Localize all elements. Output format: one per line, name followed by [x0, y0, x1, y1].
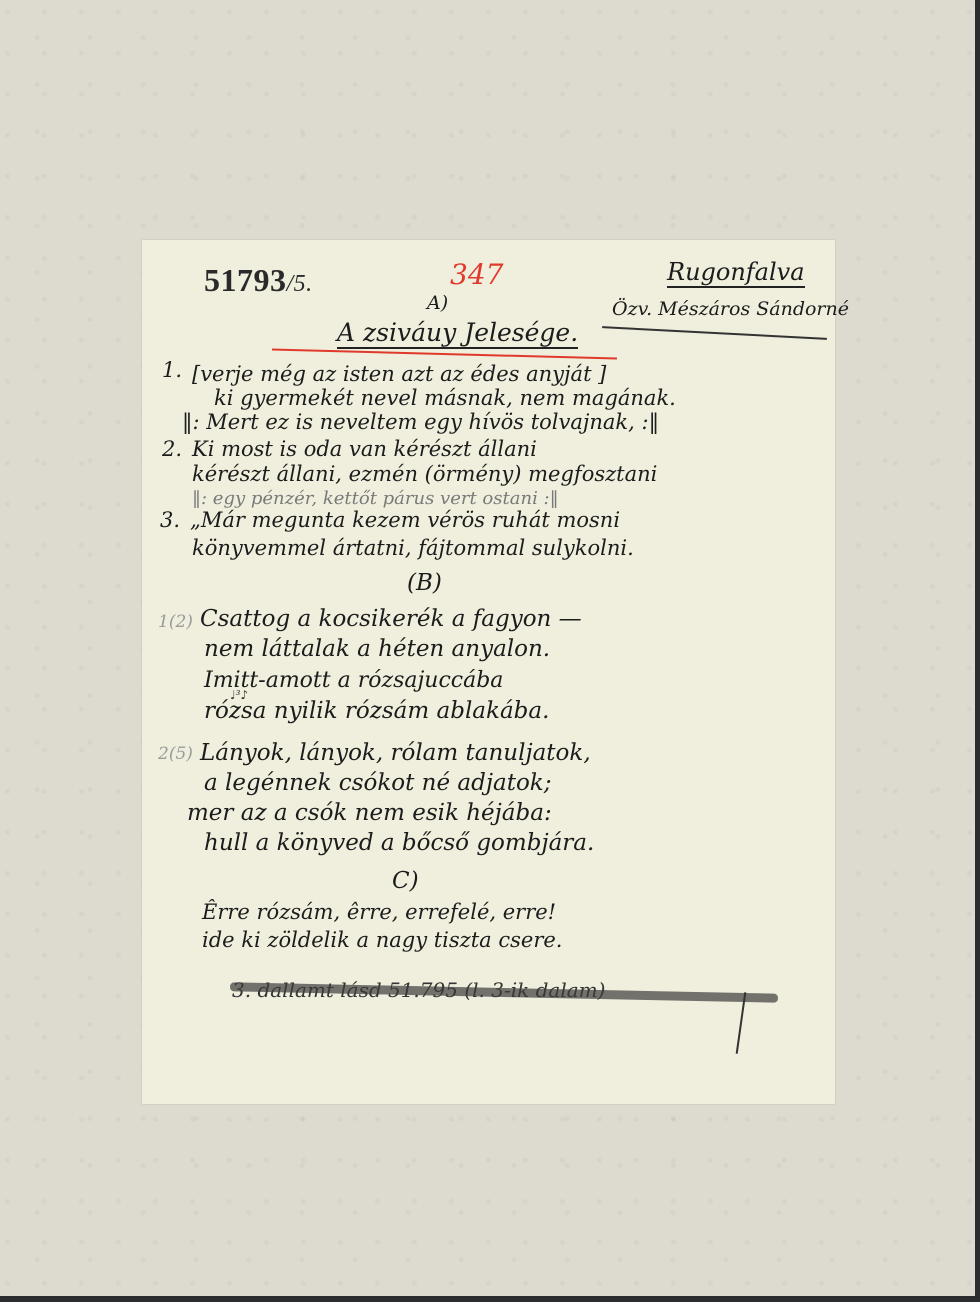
stanza-line: a legénnek csókot né adjatok; [204, 770, 551, 796]
place-name: Rugonfalva [667, 258, 805, 286]
stanza-line: Ki most is oda van kérészt állani [192, 437, 537, 461]
manuscript-sheet: 51793/5. 347 Rugonfalva Özv. Mészáros Sá… [142, 240, 835, 1104]
catalog-suffix: /5. [287, 271, 313, 297]
song-title: A zsiváuy Jelesége. [337, 318, 578, 347]
stanza-line: Lányok, lányok, rólam tanuljatok, [200, 740, 591, 766]
stanza-number: 1(2) [158, 612, 193, 632]
stanza-line: könyvemmel ártatni, fájtommal sulykolni. [192, 536, 634, 560]
stanza-line: ide ki zöldelik a nagy tiszta csere. [202, 928, 562, 952]
section-a-label: A) [427, 292, 448, 314]
pencil-note: ‖: egy pénzér, kettőt párus vert ostani … [192, 488, 559, 509]
stanza-number: 1. [162, 358, 182, 382]
stanza-line: ‖: Mert ez is neveltem egy hívös tolvajn… [182, 410, 659, 434]
stanza-line: ki gyermekét nevel másnak, nem magának. [214, 386, 676, 410]
cardboard-mount: 51793/5. 347 Rugonfalva Özv. Mészáros Sá… [0, 0, 975, 1296]
stanza-line: hull a könyved a bőcső gombjára. [204, 830, 594, 856]
stanza-number: 2(5) [158, 744, 193, 764]
stanza-line: mer az a csók nem esik héjába: [187, 800, 552, 826]
informant-underline [602, 326, 827, 340]
stanza-line: Êrre rózsám, êrre, errefelé, erre! [202, 900, 556, 924]
stanza-line: [verje még az isten azt az édes anyját ] [192, 362, 606, 386]
stanza-line: kérészt állani, ezmén (örmény) megfoszta… [192, 462, 657, 486]
stanza-line: Imitt-amott a rózsajuccába [204, 668, 503, 693]
stanza-line: „Már megunta kezem vérös ruhát mosni [190, 508, 620, 532]
informant-name: Özv. Mészáros Sándorné [612, 298, 849, 320]
section-c-label: C) [392, 868, 419, 894]
stanza-line: nem láttalak a héten anyalon. [204, 636, 550, 662]
page-number-red: 347 [450, 258, 503, 291]
stanza-number: 2. [162, 437, 182, 461]
stanza-line: Csattog a kocsikerék a fagyon — [200, 606, 582, 632]
catalog-number: 51793/5. [204, 262, 313, 299]
section-b-label: (B) [407, 570, 442, 596]
stanza-number: 3. [160, 508, 180, 532]
title-red-underline [272, 348, 617, 359]
stanza-line: rózsa nyilik rózsám ablakába. [204, 698, 549, 724]
